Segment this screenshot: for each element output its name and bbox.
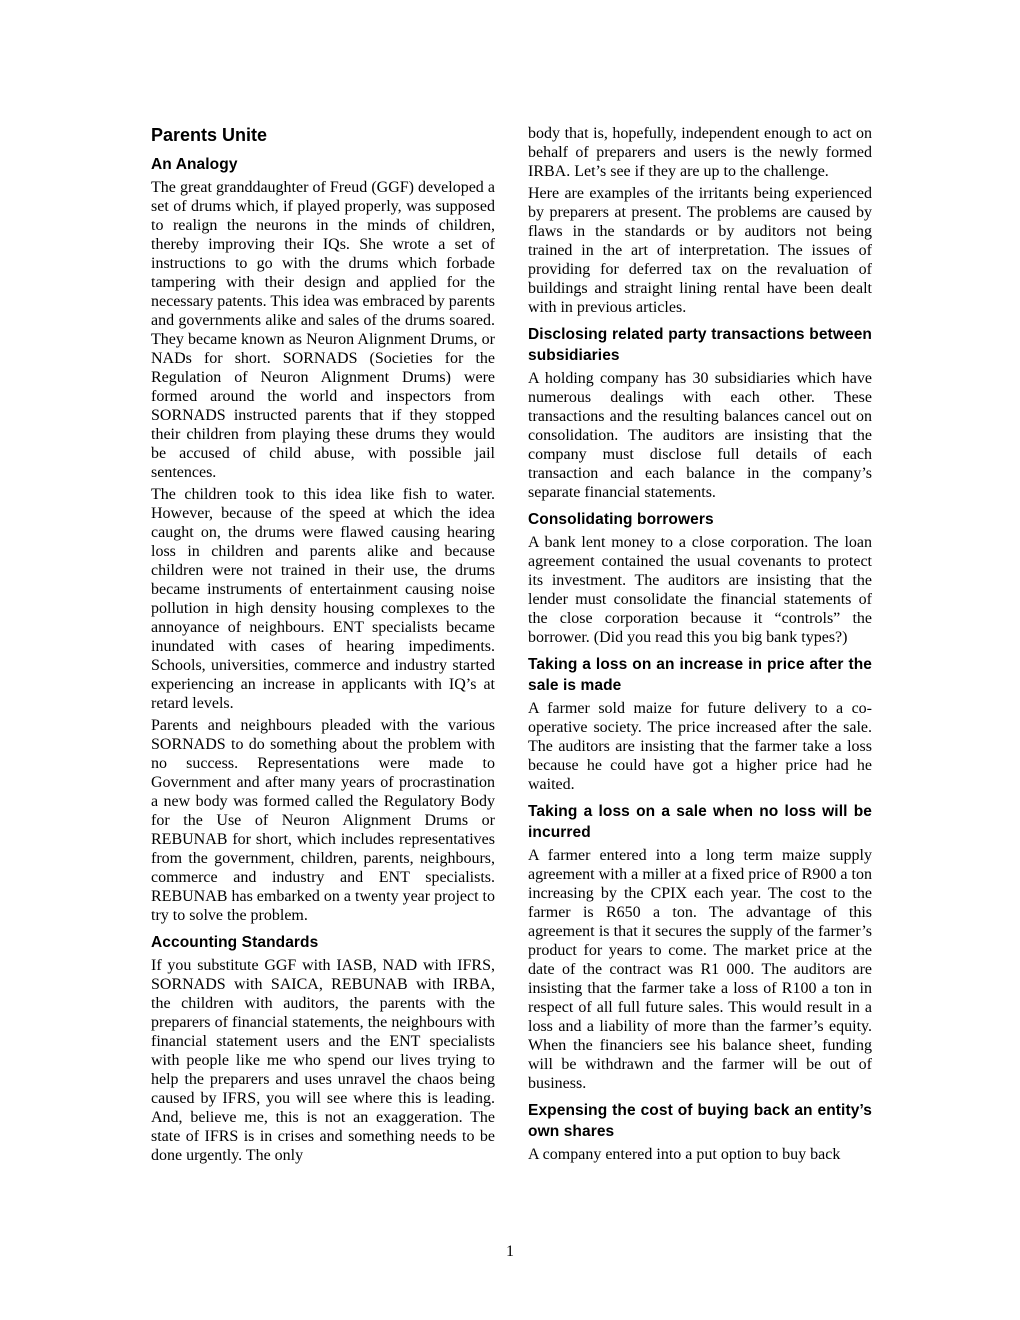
paragraph-farmer-sold-maize: A farmer sold maize for future delivery … xyxy=(528,699,872,794)
heading-consolidating-borrowers: Consolidating borrowers xyxy=(528,509,872,530)
paragraph-put-option: A company entered into a put option to b… xyxy=(528,1145,872,1164)
paragraph-body-continuation: body that is, hopefully, independent eno… xyxy=(528,124,872,181)
paragraph-holding-company: A holding company has 30 subsidiaries wh… xyxy=(528,369,872,502)
heading-loss-no-loss: Taking a loss on a sale when no loss wil… xyxy=(528,801,872,843)
paragraph-parents-pleaded: Parents and neighbours pleaded with the … xyxy=(151,716,495,925)
two-column-layout: Parents Unite An Analogy The great grand… xyxy=(151,124,872,1168)
heading-an-analogy: An Analogy xyxy=(151,154,495,175)
paragraph-bank-loan: A bank lent money to a close corporation… xyxy=(528,533,872,647)
heading-loss-after-sale: Taking a loss on an increase in price af… xyxy=(528,654,872,696)
page-title: Parents Unite xyxy=(151,124,495,147)
paragraph-farmer-supply-agreement: A farmer entered into a long term maize … xyxy=(528,846,872,1093)
paragraph-substitute: If you substitute GGF with IASB, NAD wit… xyxy=(151,956,495,1165)
heading-expensing-buyback: Expensing the cost of buying back an ent… xyxy=(528,1100,872,1142)
right-column: body that is, hopefully, independent eno… xyxy=(528,124,872,1168)
paragraph-irritant-examples: Here are examples of the irritants being… xyxy=(528,184,872,317)
page-number: 1 xyxy=(0,1242,1020,1261)
heading-disclosing-related-party: Disclosing related party transactions be… xyxy=(528,324,872,366)
paragraph-ggf-drums: The great granddaughter of Freud (GGF) d… xyxy=(151,178,495,482)
document-page: Parents Unite An Analogy The great grand… xyxy=(0,0,1020,1320)
paragraph-children-idea: The children took to this idea like fish… xyxy=(151,485,495,713)
heading-accounting-standards: Accounting Standards xyxy=(151,932,495,953)
left-column: Parents Unite An Analogy The great grand… xyxy=(151,124,495,1168)
